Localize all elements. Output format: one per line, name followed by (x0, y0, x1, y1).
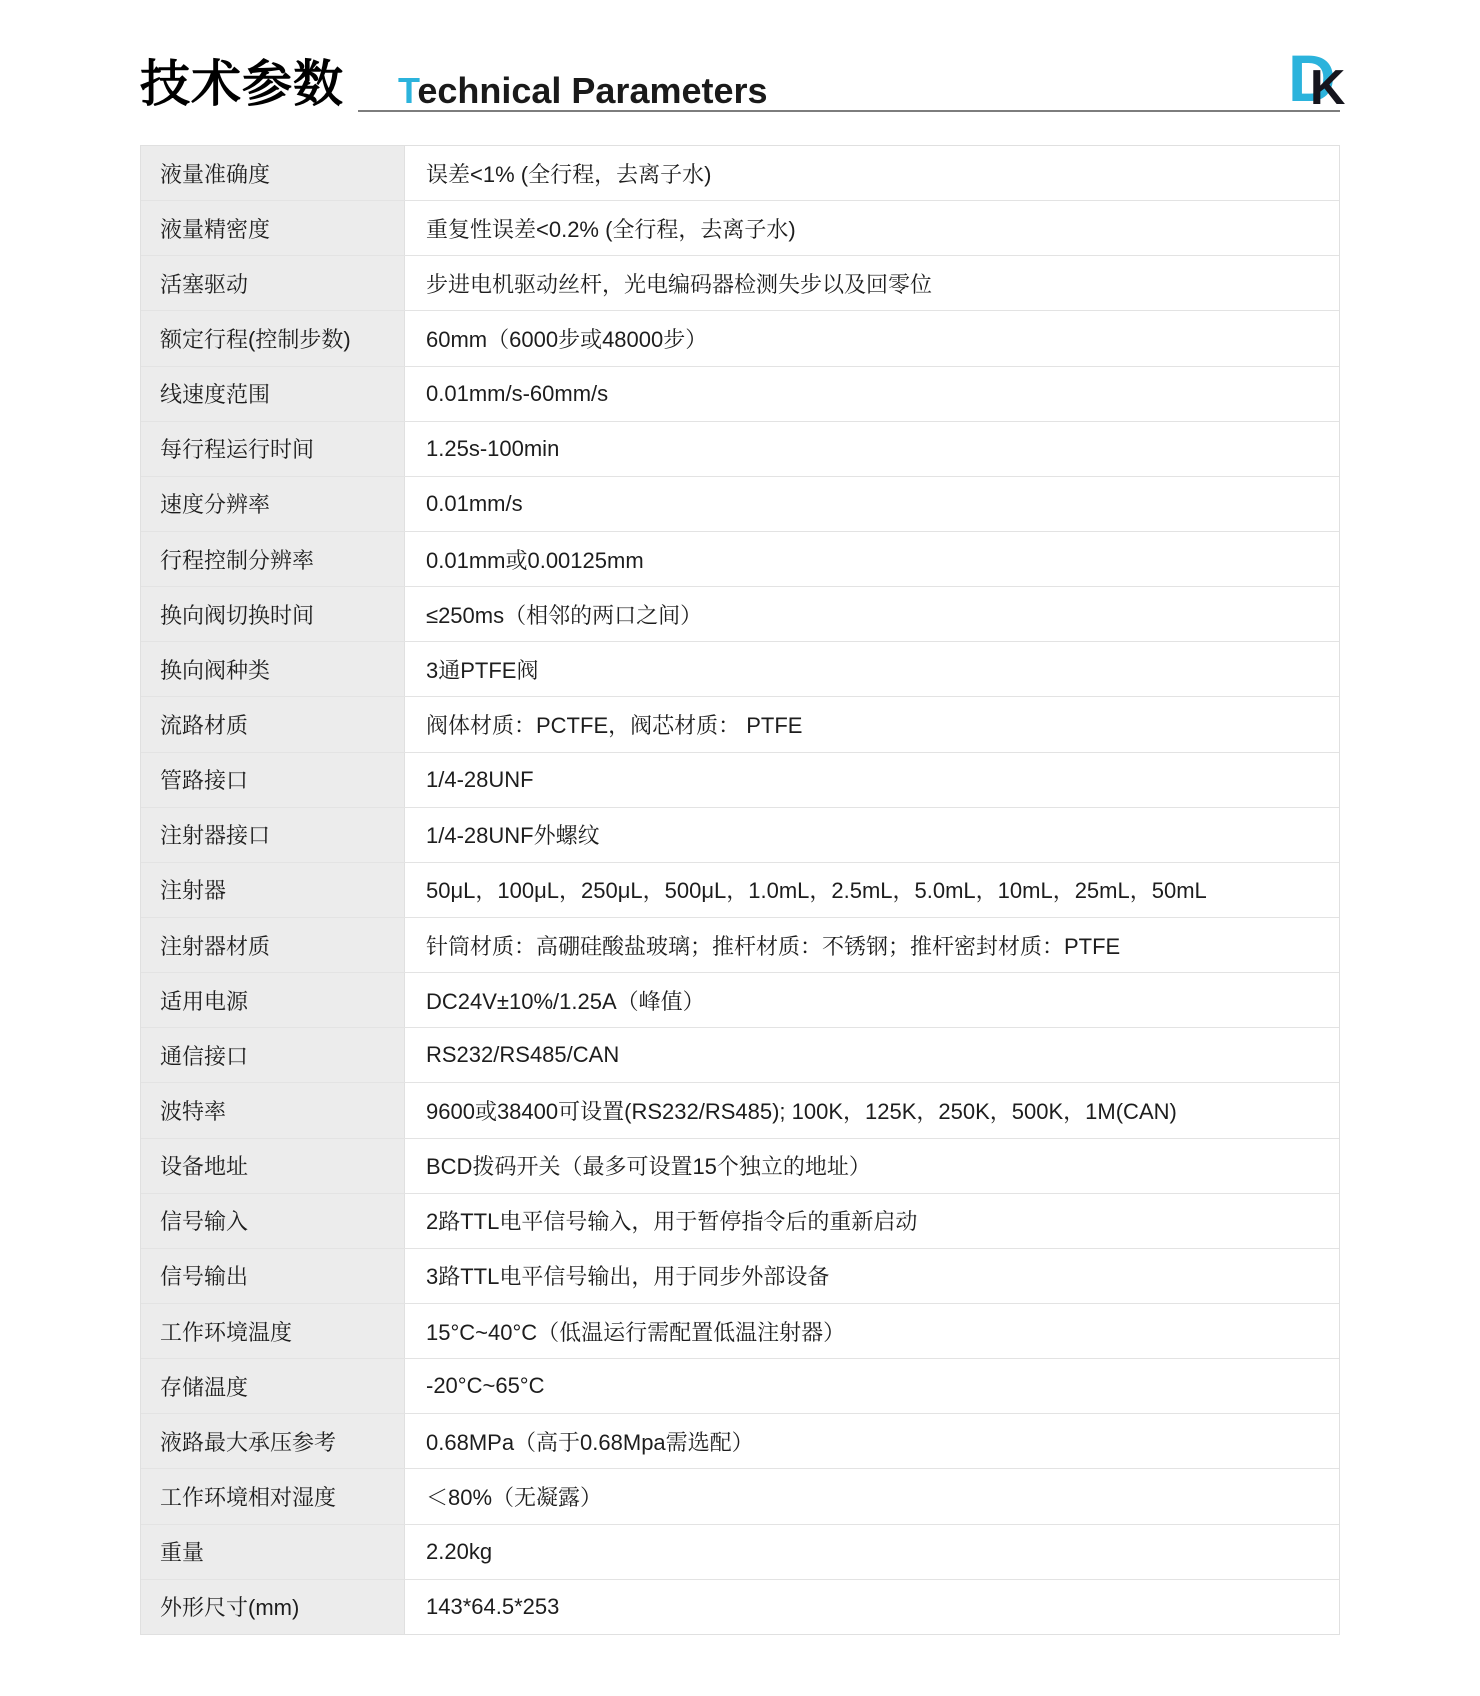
parameter-value: 2路TTL电平信号输入，用于暂停指令后的重新启动 (405, 1194, 1339, 1248)
parameter-name: 设备地址 (141, 1139, 405, 1193)
parameter-value: 3通PTFE阀 (405, 642, 1339, 696)
parameter-name: 外形尺寸(mm) (141, 1580, 405, 1634)
parameter-name: 换向阀切换时间 (141, 587, 405, 641)
table-row: 每行程运行时间 1.25s-100min (141, 422, 1339, 477)
table-row: 液量精密度 重复性误差<0.2% (全行程，去离子水) (141, 201, 1339, 256)
parameter-value: ≤250ms（相邻的两口之间） (405, 587, 1339, 641)
parameter-name: 注射器 (141, 863, 405, 917)
parameter-value: 15°C~40°C（低温运行需配置低温注射器） (405, 1304, 1339, 1358)
table-row: 通信接口 RS232/RS485/CAN (141, 1028, 1339, 1083)
parameter-name: 行程控制分辨率 (141, 532, 405, 586)
parameter-value: 2.20kg (405, 1525, 1339, 1579)
parameter-value: -20°C~65°C (405, 1359, 1339, 1413)
parameter-name: 存储温度 (141, 1359, 405, 1413)
parameter-name: 线速度范围 (141, 367, 405, 421)
table-row: 流路材质 阀体材质：PCTFE，阀芯材质： PTFE (141, 697, 1339, 752)
parameter-value: 0.68MPa（高于0.68Mpa需选配） (405, 1414, 1339, 1468)
parameter-name: 液路最大承压参考 (141, 1414, 405, 1468)
page-title-en-rest: echnical Parameters (417, 70, 767, 111)
parameter-value: 重复性误差<0.2% (全行程，去离子水) (405, 201, 1339, 255)
parameter-name: 重量 (141, 1525, 405, 1579)
parameter-name: 管路接口 (141, 753, 405, 807)
parameter-name: 流路材质 (141, 697, 405, 751)
parameter-name: 注射器材质 (141, 918, 405, 972)
table-row: 存储温度 -20°C~65°C (141, 1359, 1339, 1414)
parameter-name: 通信接口 (141, 1028, 405, 1082)
parameter-name: 换向阀种类 (141, 642, 405, 696)
parameter-name: 信号输入 (141, 1194, 405, 1248)
page-title-en: Technical Parameters (398, 73, 768, 109)
parameter-value: 3路TTL电平信号输出，用于同步外部设备 (405, 1249, 1339, 1303)
table-row: 液量准确度 误差<1% (全行程，去离子水) (141, 146, 1339, 201)
table-row: 行程控制分辨率 0.01mm或0.00125mm (141, 532, 1339, 587)
parameter-value: DC24V±10%/1.25A（峰值） (405, 973, 1339, 1027)
parameter-name: 每行程运行时间 (141, 422, 405, 476)
parameter-name: 工作环境相对湿度 (141, 1469, 405, 1523)
parameter-name: 活塞驱动 (141, 256, 405, 310)
parameter-value: 0.01mm/s-60mm/s (405, 367, 1339, 421)
parameter-name: 信号输出 (141, 1249, 405, 1303)
technical-parameters-table: 液量准确度 误差<1% (全行程，去离子水) 液量精密度 重复性误差<0.2% … (140, 145, 1340, 1635)
parameter-name: 注射器接口 (141, 808, 405, 862)
parameter-value: 1.25s-100min (405, 422, 1339, 476)
table-row: 管路接口 1/4-28UNF (141, 753, 1339, 808)
parameter-value: 50μL，100μL，250μL，500μL，1.0mL，2.5mL，5.0mL… (405, 863, 1339, 917)
parameter-value: BCD拨码开关（最多可设置15个独立的地址） (405, 1139, 1339, 1193)
parameter-value: 60mm（6000步或48000步） (405, 311, 1339, 365)
parameter-value: 误差<1% (全行程，去离子水) (405, 146, 1339, 200)
table-row: 注射器接口 1/4-28UNF外螺纹 (141, 808, 1339, 863)
parameter-name: 速度分辨率 (141, 477, 405, 531)
dk-logo: D K (1288, 0, 1348, 120)
parameter-value: 步进电机驱动丝杆，光电编码器检测失步以及回零位 (405, 256, 1339, 310)
table-row: 信号输入 2路TTL电平信号输入，用于暂停指令后的重新启动 (141, 1194, 1339, 1249)
parameter-value: 0.01mm或0.00125mm (405, 532, 1339, 586)
parameter-name: 液量准确度 (141, 146, 405, 200)
table-row: 重量 2.20kg (141, 1525, 1339, 1580)
parameter-value: 阀体材质：PCTFE，阀芯材质： PTFE (405, 697, 1339, 751)
table-row: 注射器 50μL，100μL，250μL，500μL，1.0mL，2.5mL，5… (141, 863, 1339, 918)
parameter-name: 额定行程(控制步数) (141, 311, 405, 365)
table-row: 线速度范围 0.01mm/s-60mm/s (141, 367, 1339, 422)
parameter-name: 工作环境温度 (141, 1304, 405, 1358)
parameter-value: ＜80%（无凝露） (405, 1469, 1339, 1523)
table-row: 工作环境温度 15°C~40°C（低温运行需配置低温注射器） (141, 1304, 1339, 1359)
table-row: 注射器材质 针筒材质：高硼硅酸盐玻璃；推杆材质：不锈钢；推杆密封材质：PTFE (141, 918, 1339, 973)
parameter-value: 1/4-28UNF外螺纹 (405, 808, 1339, 862)
table-row: 液路最大承压参考 0.68MPa（高于0.68Mpa需选配） (141, 1414, 1339, 1469)
parameter-value: 9600或38400可设置(RS232/RS485); 100K，125K，25… (405, 1083, 1339, 1137)
table-row: 活塞驱动 步进电机驱动丝杆，光电编码器检测失步以及回零位 (141, 256, 1339, 311)
spec-sheet-page: 技术参数 Technical Parameters D K 液量准确度 误差<1… (0, 0, 1480, 1696)
dk-logo-letter-k: K (1310, 64, 1345, 113)
page-title-en-accent-letter: T (398, 70, 417, 111)
parameter-value: RS232/RS485/CAN (405, 1028, 1339, 1082)
table-row: 外形尺寸(mm) 143*64.5*253 (141, 1580, 1339, 1634)
parameter-name: 适用电源 (141, 973, 405, 1027)
table-row: 设备地址 BCD拨码开关（最多可设置15个独立的地址） (141, 1139, 1339, 1194)
parameter-value: 143*64.5*253 (405, 1580, 1339, 1634)
parameter-name: 液量精密度 (141, 201, 405, 255)
table-row: 额定行程(控制步数) 60mm（6000步或48000步） (141, 311, 1339, 366)
parameter-name: 波特率 (141, 1083, 405, 1137)
table-row: 波特率 9600或38400可设置(RS232/RS485); 100K，125… (141, 1083, 1339, 1138)
page-title-cn: 技术参数 (140, 58, 344, 111)
table-row: 适用电源 DC24V±10%/1.25A（峰值） (141, 973, 1339, 1028)
table-row: 换向阀切换时间 ≤250ms（相邻的两口之间） (141, 587, 1339, 642)
parameter-value: 1/4-28UNF (405, 753, 1339, 807)
table-row: 工作环境相对湿度 ＜80%（无凝露） (141, 1469, 1339, 1524)
header-divider-line (358, 110, 1340, 112)
table-row: 速度分辨率 0.01mm/s (141, 477, 1339, 532)
parameter-value: 针筒材质：高硼硅酸盐玻璃；推杆材质：不锈钢；推杆密封材质：PTFE (405, 918, 1339, 972)
table-row: 换向阀种类 3通PTFE阀 (141, 642, 1339, 697)
table-row: 信号输出 3路TTL电平信号输出，用于同步外部设备 (141, 1249, 1339, 1304)
parameter-value: 0.01mm/s (405, 477, 1339, 531)
